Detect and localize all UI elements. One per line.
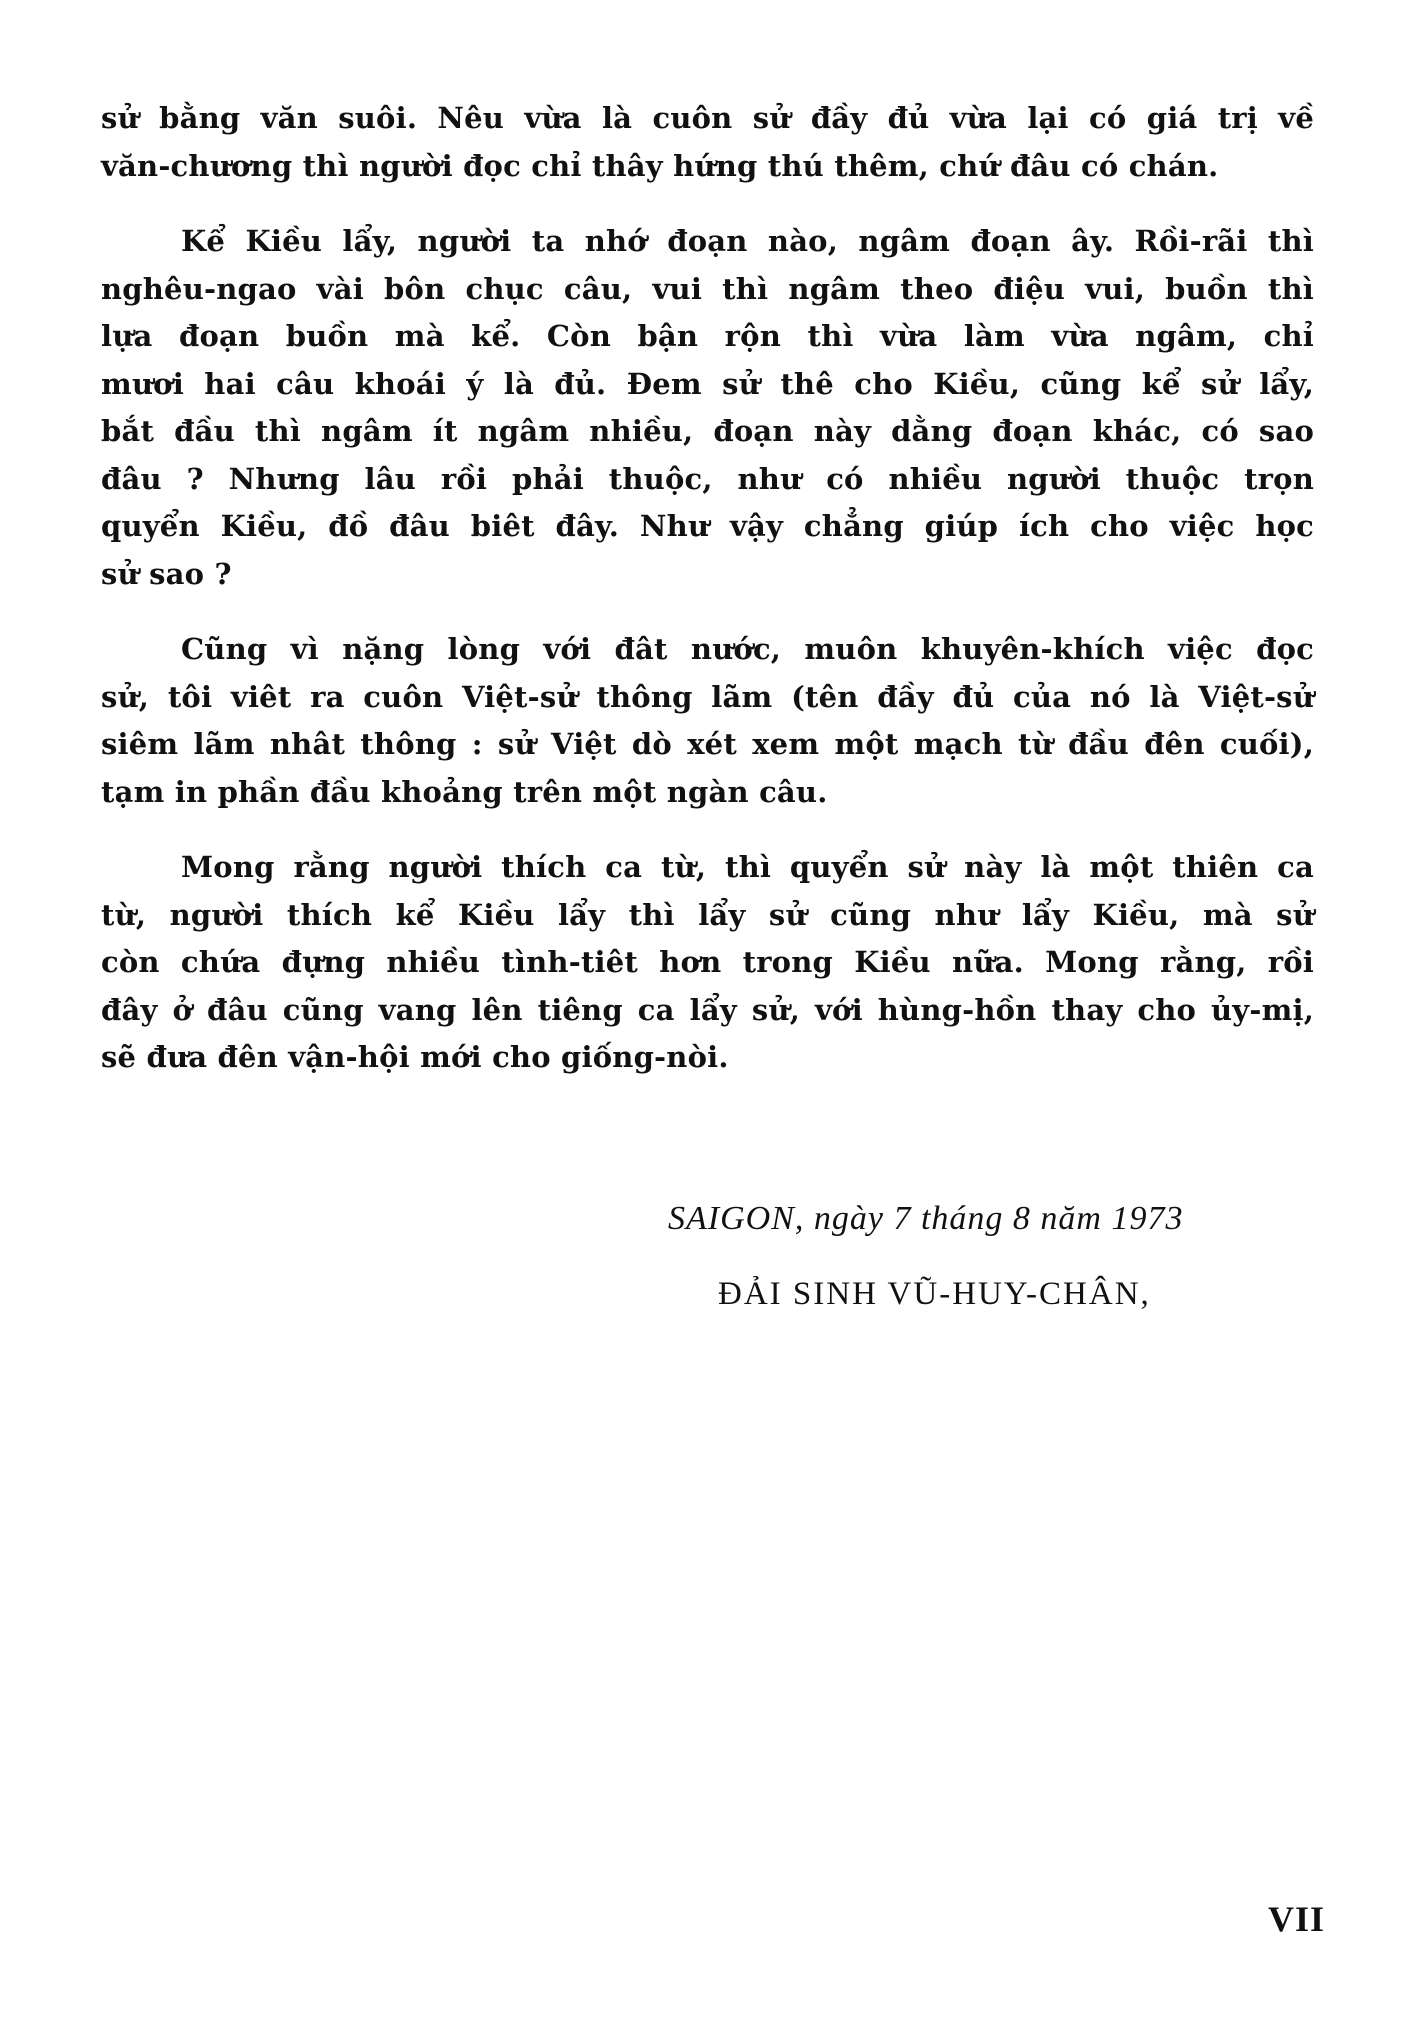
paragraph-1: sử bằng văn suôi. Nêu vừa là cuôn sử đầy… [101, 95, 1314, 190]
paragraph-3: Cũng vì nặng lòng với đât nước, muôn khu… [101, 626, 1314, 816]
document-body: sử bằng văn suôi. Nêu vừa là cuôn sử đầy… [101, 95, 1314, 1082]
text-line: mươi hai câu khoái ý là đủ. Đem sử thê c… [101, 361, 1314, 409]
signature-author: ĐẢI SINH VŨ-HUY-CHÂN, [718, 1276, 1338, 1313]
text-line: Kể Kiều lẩy, người ta nhớ đoạn nào, ngâm… [101, 218, 1314, 266]
paragraph-gap [101, 190, 1314, 218]
text-line: còn chứa đựng nhiều tình-tiêt hơn trong … [101, 939, 1314, 987]
text-line: tạm in phần đầu khoảng trên một ngàn câu… [101, 769, 1314, 817]
text-line: từ, người thích kể Kiều lẩy thì lẩy sử c… [101, 892, 1314, 940]
text-line: Cũng vì nặng lòng với đât nước, muôn khu… [101, 626, 1314, 674]
signature-place-date: SAIGON, ngày 7 tháng 8 năm 1973 [668, 1200, 1288, 1238]
text-line: đây ở đâu cũng vang lên tiêng ca lẩy sử,… [101, 987, 1314, 1035]
text-line: lựa đoạn buồn mà kể. Còn bận rộn thì vừa… [101, 313, 1314, 361]
text-line: sẽ đưa đên vận-hội mới cho giống-nòi. [101, 1034, 1314, 1082]
page-number: VII [1268, 1898, 1325, 1940]
paragraph-4: Mong rằng người thích ca từ, thì quyển s… [101, 844, 1314, 1082]
text-line: siêm lãm nhât thông : sử Việt dò xét xem… [101, 721, 1314, 769]
text-line: đâu ? Nhưng lâu rồi phải thuộc, như có n… [101, 456, 1314, 504]
text-line: Mong rằng người thích ca từ, thì quyển s… [101, 844, 1314, 892]
text-line: quyển Kiều, đồ đâu biêt đây. Như vậy chẳ… [101, 503, 1314, 551]
text-line: sử bằng văn suôi. Nêu vừa là cuôn sử đầy… [101, 95, 1314, 143]
paragraph-gap [101, 816, 1314, 844]
text-line: sử sao ? [101, 551, 1314, 599]
text-line: bắt đầu thì ngâm ít ngâm nhiều, đoạn này… [101, 408, 1314, 456]
paragraph-2: Kể Kiều lẩy, người ta nhớ đoạn nào, ngâm… [101, 218, 1314, 598]
text-line: sử, tôi viêt ra cuôn Việt-sử thông lãm (… [101, 674, 1314, 722]
text-line: văn-chương thì người đọc chỉ thây hứng t… [101, 143, 1314, 191]
text-line: nghêu-ngao vài bôn chục câu, vui thì ngâ… [101, 266, 1314, 314]
paragraph-gap [101, 598, 1314, 626]
